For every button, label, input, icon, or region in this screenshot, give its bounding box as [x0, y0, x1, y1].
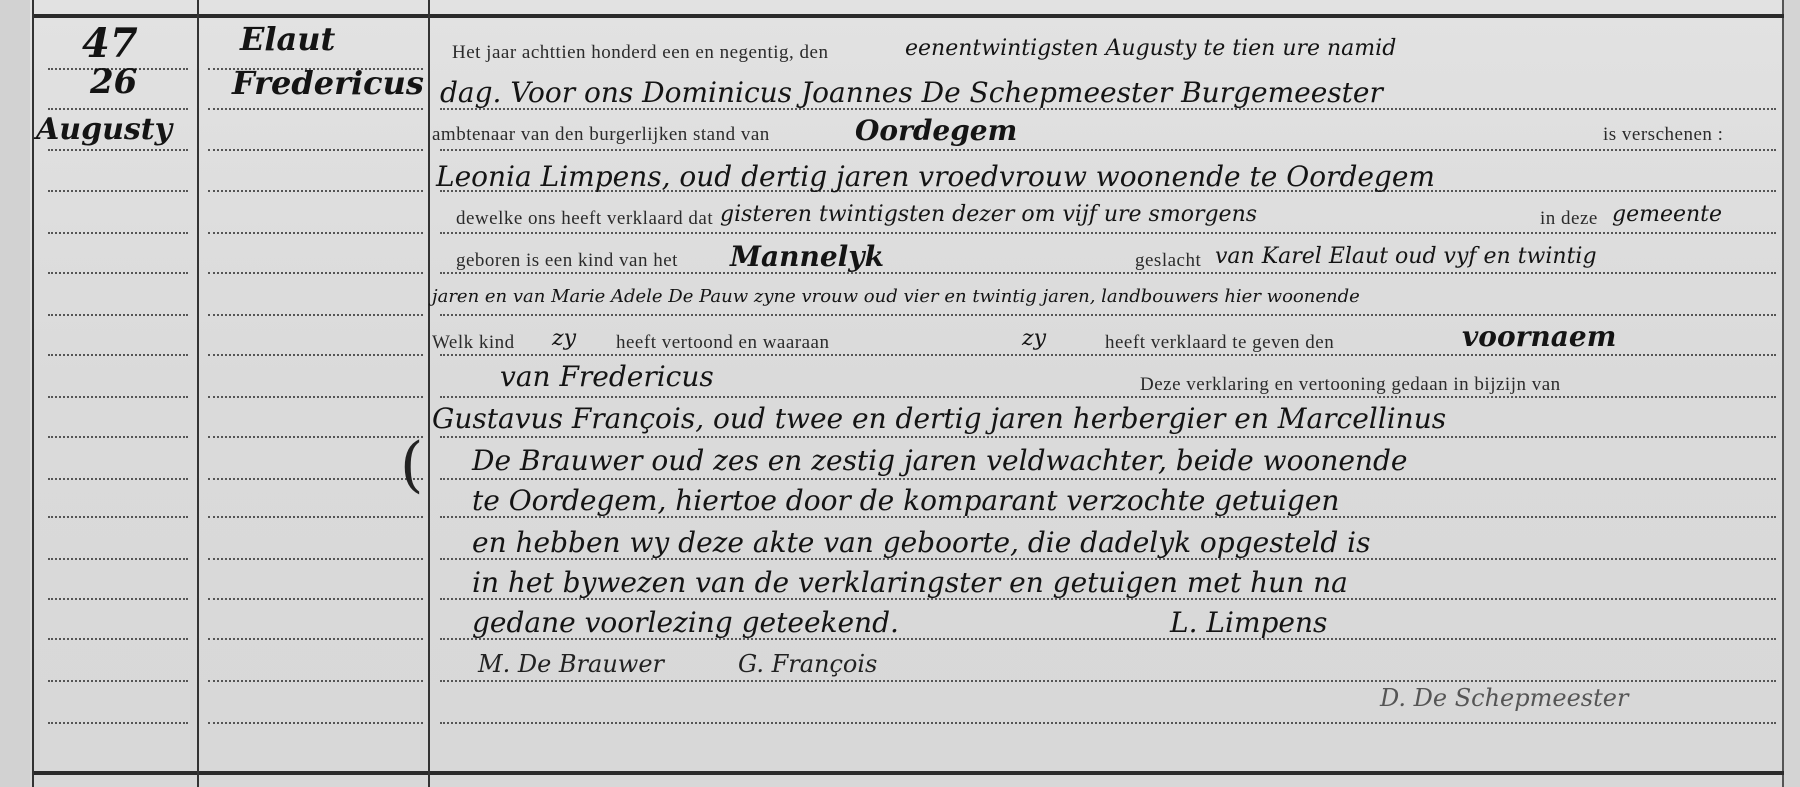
handwritten-text: zy	[1022, 326, 1046, 351]
printed-text: Deze verklaring en vertooning gedaan in …	[1140, 374, 1561, 396]
witness-signature-1: M. De Brauwer	[478, 650, 664, 678]
witness-signature-2: G. François	[738, 650, 877, 678]
handwritten-text: dag. Voor ons Dominicus Joannes De Schep…	[440, 76, 1383, 109]
handwritten-text: in het bywezen van de verklaringster en …	[472, 566, 1348, 599]
record-day: 26	[90, 62, 137, 102]
handwritten-text: gisteren twintigsten dezer om vijf ure s…	[720, 202, 1257, 227]
printed-text: is verschenen :	[1603, 124, 1723, 146]
handwritten-text: Gustavus François, oud twee en dertig ja…	[432, 402, 1446, 435]
handwritten-text: jaren en van Marie Adele De Pauw zyne vr…	[432, 286, 1360, 307]
handwritten-text: gedane voorlezing geteekend.	[472, 606, 899, 639]
record-number: 47	[82, 20, 138, 67]
handwritten-text: gemeente	[1612, 202, 1722, 227]
printed-text: ambtenaar van den burgerlijken stand van	[432, 124, 770, 146]
column-rule-2	[428, 0, 430, 787]
place-name: Oordegem	[855, 114, 1017, 147]
printed-text: geboren is een kind van het	[456, 250, 678, 272]
printed-text: heeft verklaard te geven den	[1105, 332, 1334, 354]
printed-text: heeft vertoond en waaraan	[616, 332, 829, 354]
handwritten-text: Leonia Limpens, oud dertig jaren vroedvr…	[436, 160, 1435, 193]
top-rule	[32, 14, 1784, 18]
mayor-signature: D. De Schepmeester	[1380, 684, 1628, 712]
printed-text: geslacht	[1135, 250, 1201, 272]
column-rule-1	[197, 0, 199, 787]
handwritten-text: De Brauwer oud zes en zestig jaren veldw…	[472, 444, 1407, 477]
handwritten-text: en hebben wy deze akte van geboorte, die…	[472, 526, 1371, 559]
sex-value: Mannelyk	[730, 240, 884, 273]
page-left-margin	[0, 0, 30, 787]
column-rule-left	[32, 0, 34, 787]
printed-text: dewelke ons heeft verklaard dat	[456, 208, 713, 230]
handwritten-text: van Karel Elaut oud vyf en twintig	[1215, 244, 1597, 269]
given-name: Fredericus	[232, 64, 424, 102]
printed-text: Het jaar achttien honderd een en negenti…	[452, 42, 828, 64]
handwritten-text: zy	[552, 326, 576, 351]
given-name-in-act: van Fredericus	[500, 360, 714, 393]
printed-text: Welk kind	[432, 332, 515, 354]
page-right-margin	[1782, 0, 1800, 787]
register-page: 47 26 Augusty Elaut Fredericus Het jaar …	[0, 0, 1800, 787]
handwritten-text: voornaem	[1462, 320, 1616, 353]
bracket-mark: (	[400, 430, 423, 500]
bottom-rule	[32, 771, 1784, 775]
printed-text: in deze	[1540, 208, 1598, 230]
handwritten-text: te Oordegem, hiertoe door de komparant v…	[472, 484, 1339, 517]
handwritten-text: eenentwintigsten Augusty te tien ure nam…	[905, 36, 1396, 61]
declarant-signature: L. Limpens	[1170, 606, 1327, 639]
record-month: Augusty	[36, 112, 172, 147]
surname: Elaut	[240, 20, 335, 58]
